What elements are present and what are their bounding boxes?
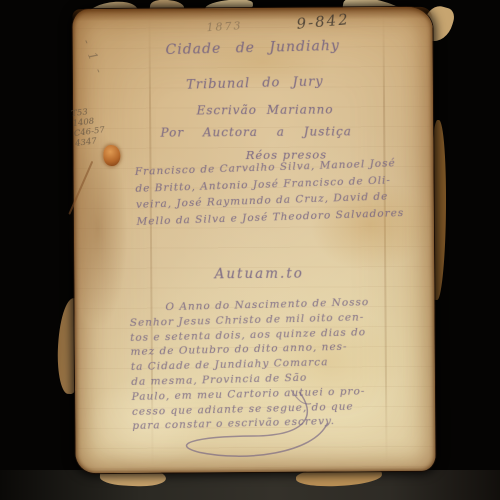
pencil-margin-stack: T53 1408 C46-57 4347	[71, 105, 107, 149]
pencil-year-annotation: 1873	[206, 19, 243, 34]
heading-court-line: Tribunal do Jury	[165, 74, 345, 93]
heading-clerk-line: Escrivão Marianno	[185, 102, 345, 117]
signature-flourish	[141, 389, 372, 469]
burnt-top-edge	[72, 7, 432, 22]
defendants-names: Francisco de Carvalho Silva, Manoel José…	[135, 156, 369, 230]
plaintiff-line: Por Auctora a Justiça	[137, 124, 375, 140]
manuscript-page: 1873 9-842 - 1 - T53 1408 C46-57 4347 Ci…	[72, 7, 435, 474]
wax-seal	[103, 145, 120, 166]
fold-crease	[382, 13, 387, 465]
pencil-margin-mark: - 1 -	[80, 37, 108, 78]
table-surface	[0, 470, 500, 500]
heading-city-line: Cidade de Jundiahy	[132, 37, 372, 59]
seal-fiber-thread	[68, 161, 93, 215]
section-title-autuamento: Autuam.to	[192, 265, 326, 282]
pencil-code-annotation: 9-842	[296, 10, 351, 33]
